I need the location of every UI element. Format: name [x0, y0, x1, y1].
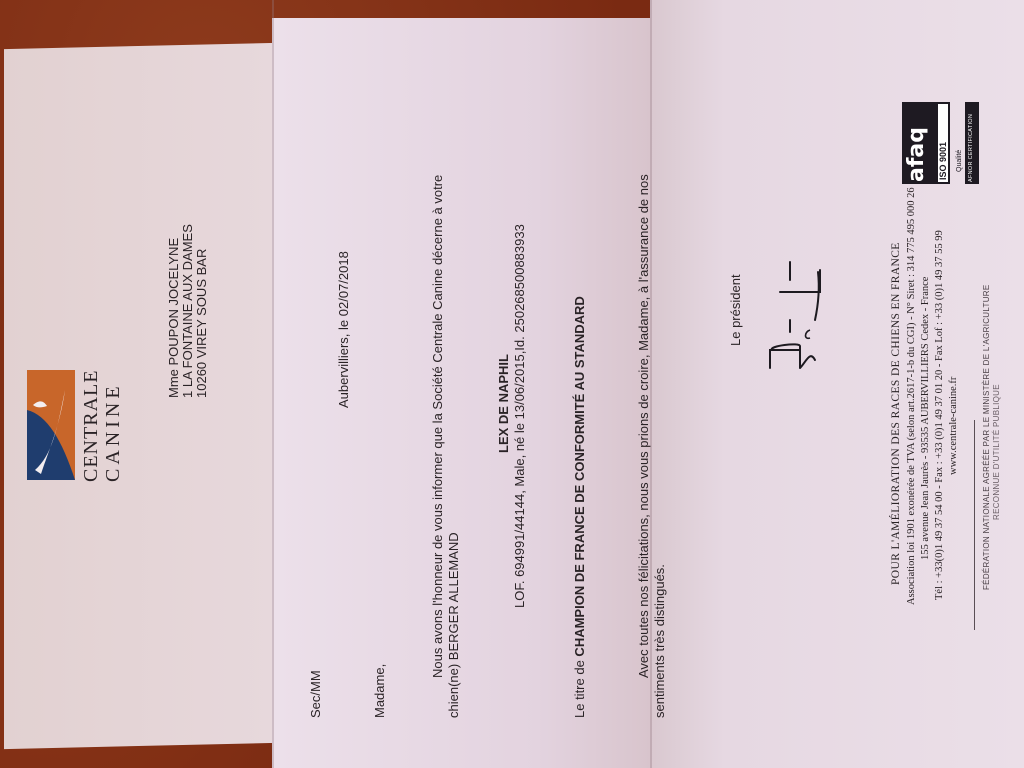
fold-line	[272, 0, 274, 768]
letter-panel-middle	[272, 18, 652, 768]
signature-image	[760, 250, 830, 380]
signatory-title: Le président	[728, 274, 744, 346]
dog-details: LOF. 694991/44144, Male, né le 13/06/201…	[512, 224, 528, 608]
award-title: CHAMPION DE FRANCE DE CONFORMITÉ AU STAN…	[572, 296, 587, 656]
dog-silhouette-icon	[27, 370, 75, 480]
place-date: Aubervilliers, le 02/07/2018	[336, 251, 352, 408]
salutation: Madame,	[372, 664, 388, 718]
afaq-brand: afaq	[904, 127, 929, 182]
footer-association: Association loi 1901 exonérée de TVA (se…	[906, 187, 918, 605]
recipient-city: 10260 VIREY SOUS BAR	[194, 249, 210, 398]
intro-line-2: chien(ne) BERGER ALLEMAND	[446, 532, 462, 718]
award-sentence: Le titre de CHAMPION DE FRANCE DE CONFOR…	[572, 296, 588, 718]
footer-divider	[974, 420, 975, 630]
footer-motto: POUR L'AMÉLIORATION DES RACES DE CHIENS …	[890, 242, 902, 585]
logo-text-line1: CENTRALE	[80, 370, 103, 482]
iso-standard: ISO 9001	[938, 142, 948, 180]
closing-line-1: Avec toutes nos félicitations, nous vous…	[636, 174, 652, 678]
federation-line-1: FÉDÉRATION NATIONALE AGRÉÉE PAR LE MINIS…	[982, 284, 991, 590]
afnor-issuer: AFNOR CERTIFICATION	[967, 114, 976, 182]
footer-website: www.centrale-canine.fr	[948, 377, 960, 475]
afnor-band: AFNOR CERTIFICATION	[965, 102, 979, 184]
footer-phone: Tél : +33(0)1 49 37 54 00 - Fax : +33 (0…	[934, 230, 946, 600]
federation-line-2: RECONNUE D'UTILITÉ PUBLIQUE	[992, 384, 1001, 520]
intro-line-1: Nous avons l'honneur de vous informer qu…	[430, 175, 446, 678]
reference: Sec/MM	[308, 670, 324, 718]
centrale-canine-logo	[27, 370, 75, 480]
iso-box: ISO 9001	[936, 102, 950, 184]
logo-text-line2: CANINE	[102, 382, 125, 482]
afaq-iso-badge: afaq	[902, 102, 936, 184]
footer-address: 155 avenue Jean Jaurès - 93535 AUBERVILL…	[920, 277, 932, 560]
award-prefix: Le titre de	[572, 657, 587, 718]
closing-line-2: sentiments très distingués.	[652, 564, 668, 718]
dog-name: LEX DE NAPHIL	[496, 354, 512, 453]
